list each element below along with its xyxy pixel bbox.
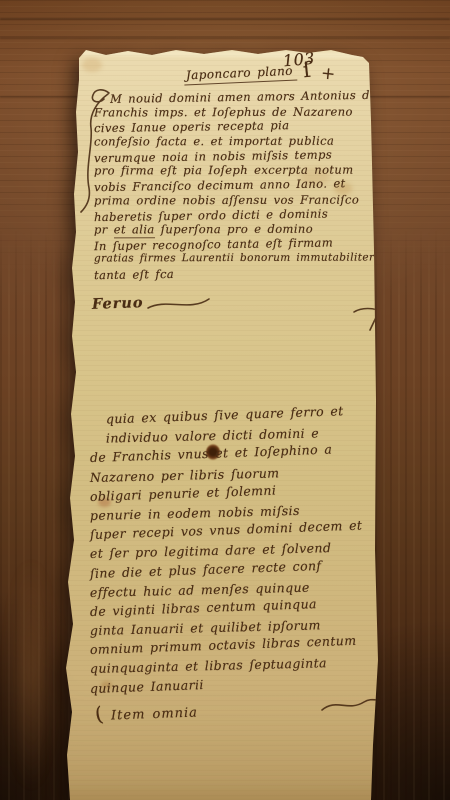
photo-of-manuscript: 103 ſ + Japoncaro plano M nouid domini a… (0, 0, 450, 800)
